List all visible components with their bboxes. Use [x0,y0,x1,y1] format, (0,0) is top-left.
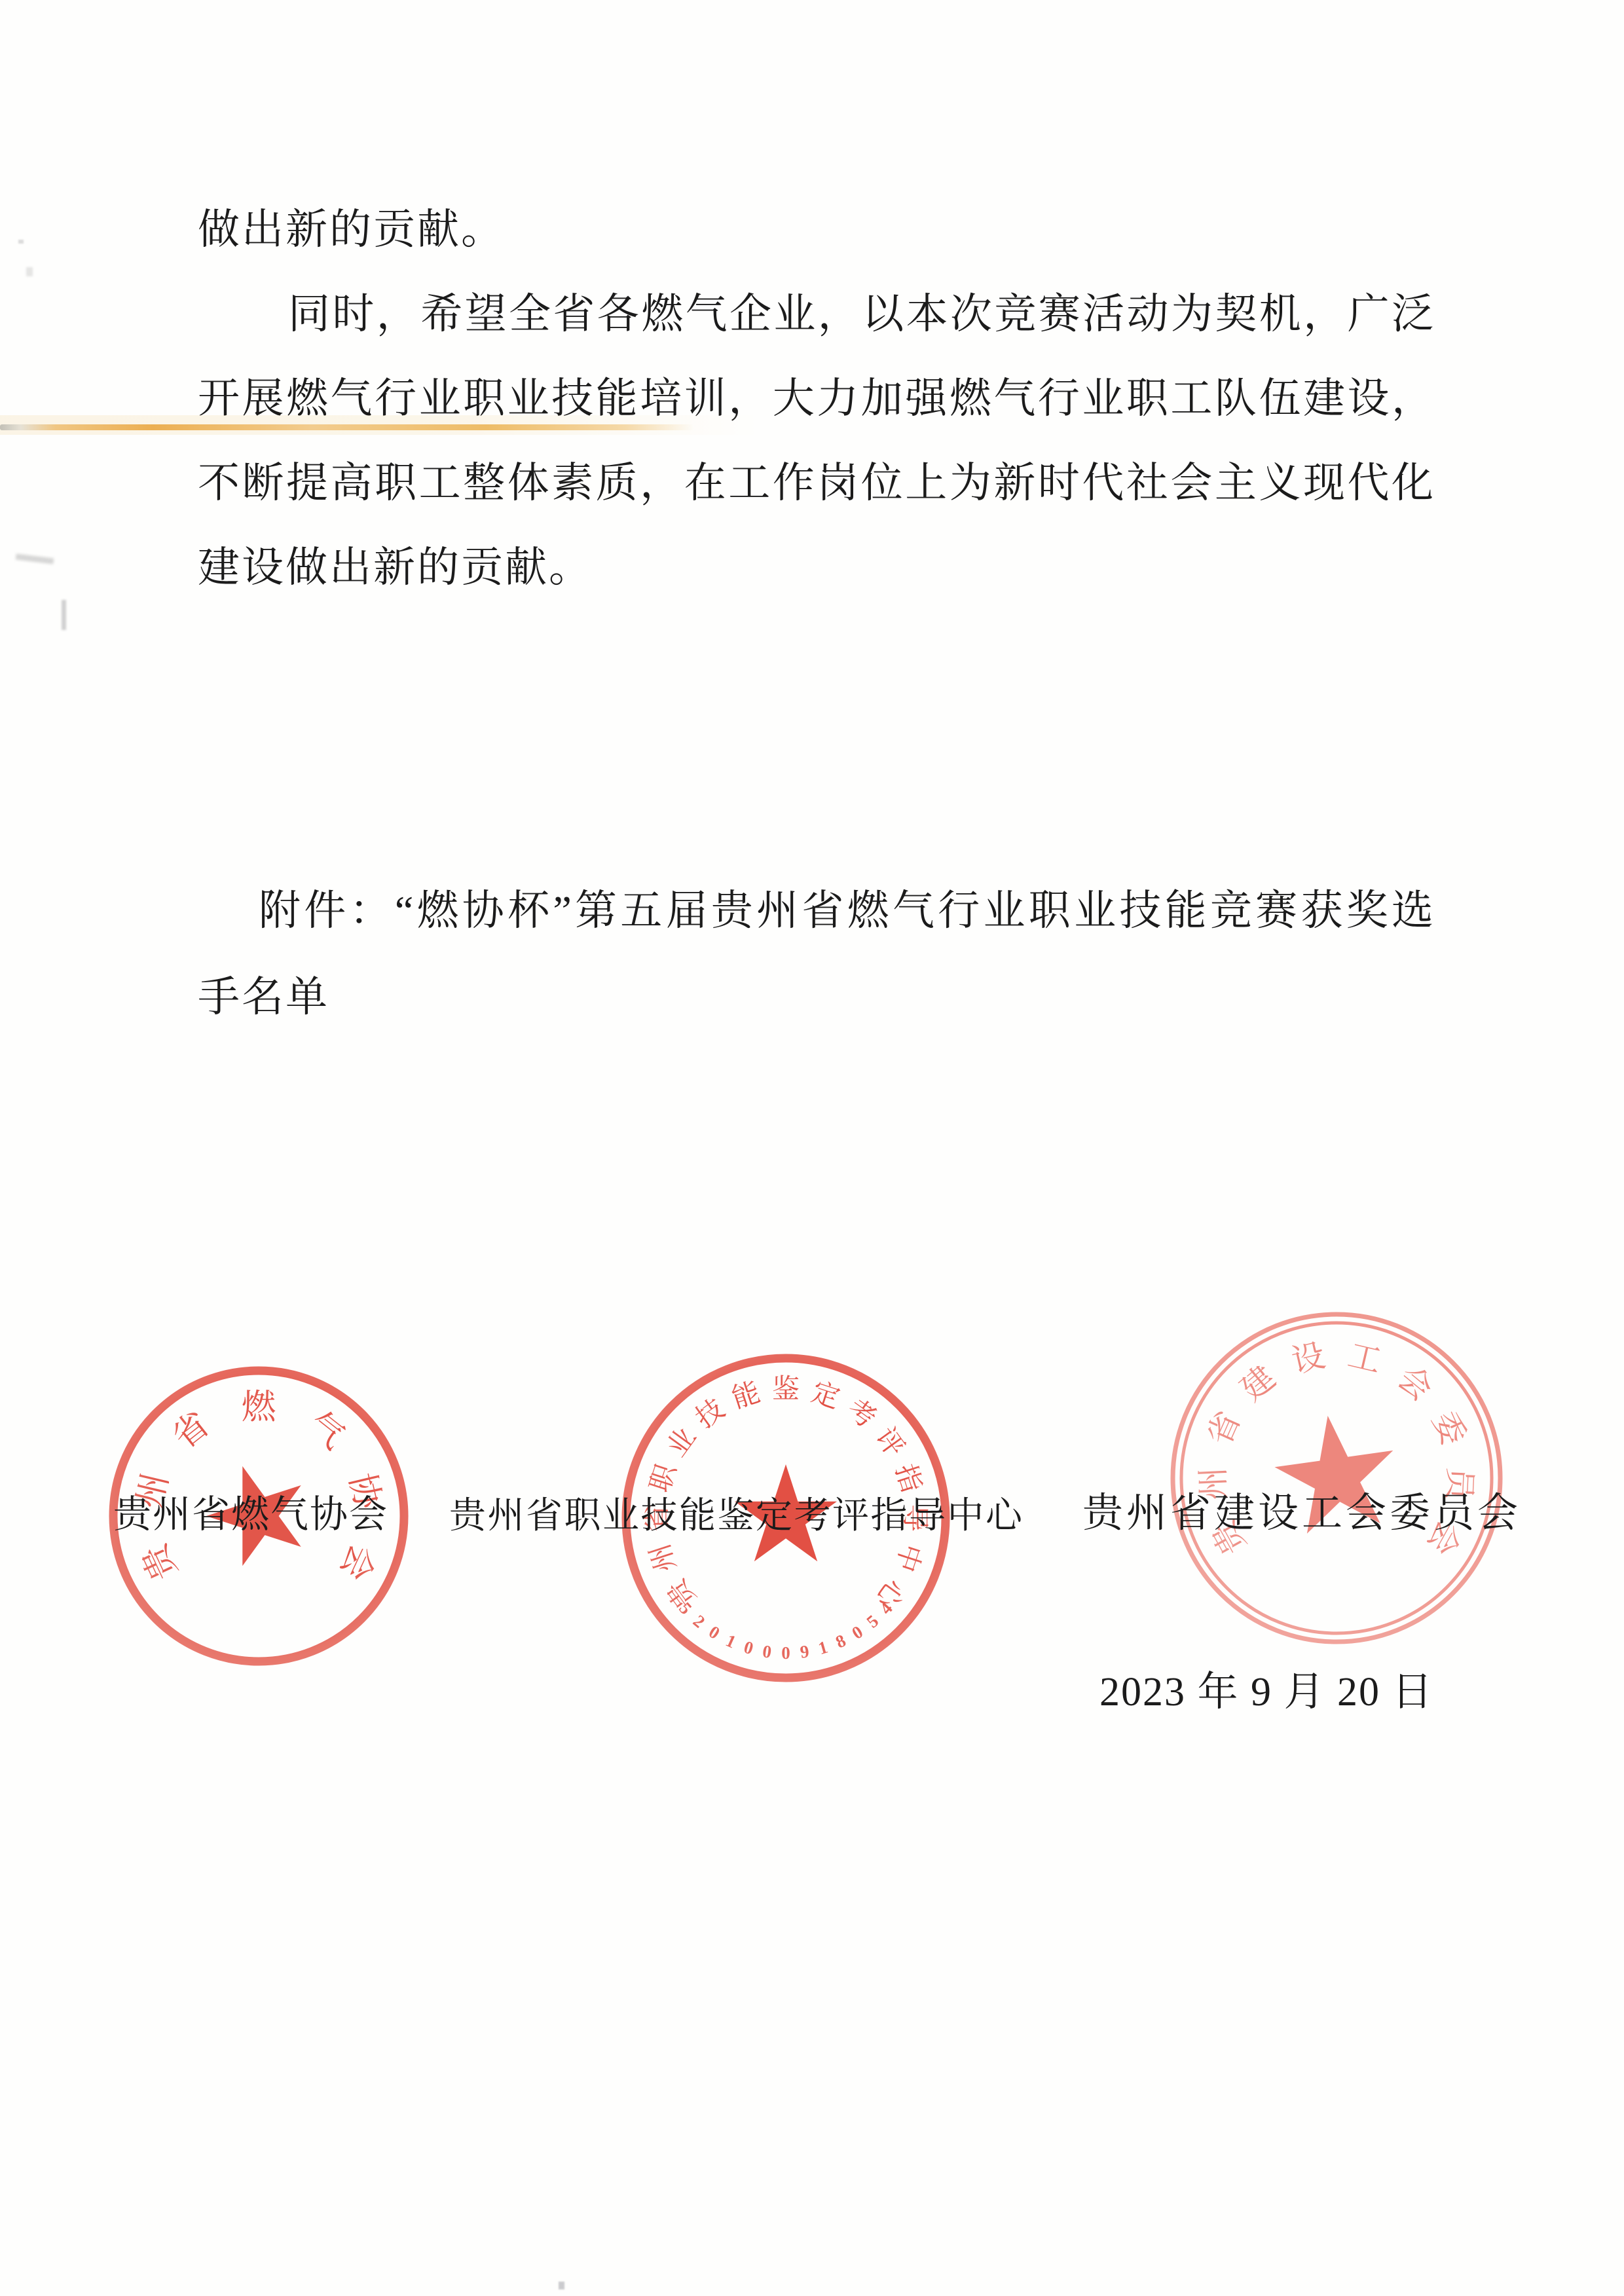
attachment-line-2: 手名单 [198,976,1435,1019]
seal-serial-digit: 1 [723,1631,739,1652]
seal-arc-char: 工 [1344,1337,1384,1380]
signature-construction-union-committee: 贵州省建设工会委员会 [1082,1493,1521,1534]
scanned-document-page: 做出新的贡献。 同时，希望全省各燃气企业，以本次竞赛活动为契机，广泛 开展燃气行… [0,0,1624,2296]
signature-gas-association: 贵州省燃气协会 [113,1494,388,1535]
seal-arc-char: 会 [333,1538,382,1586]
body-line-1: 做出新的贡献。 [198,208,1435,251]
seal-serial-digit: 2 [690,1611,709,1632]
seal-arc-char: 能 [728,1377,764,1415]
seal-arc-char: 省 [1200,1406,1247,1451]
seal-arc-char: 州 [645,1540,682,1576]
seal-arc-char: 省 [166,1405,217,1456]
seal-serial-digit: 0 [848,1621,866,1643]
body-line-2: 同时，希望全省各燃气企业，以本次竞赛活动为契机，广泛 [288,293,1435,336]
seal-arc-char: 燃 [242,1388,277,1426]
scan-highlight-line [0,424,694,430]
seal-arc-char: 委 [1426,1406,1472,1451]
seal-serial-digit: 9 [799,1641,811,1662]
attachment-line-1: 附件：“燃协杯”第五届贵州省燃气行业职业技能竞赛获奖选 [259,889,1435,933]
signature-skill-appraisal-center: 贵州省职业技能鉴定考评指导中心 [449,1496,1024,1536]
scan-smudge [18,240,24,244]
seal-arc-char: 中 [889,1540,927,1576]
seal-arc-char: 考 [841,1394,881,1434]
seal-arc-char: 设 [1288,1337,1328,1380]
seal-arc-char: 会 [1391,1359,1439,1408]
scan-smudge [16,553,54,564]
body-line-3: 开展燃气行业职业技能培训，大力加强燃气行业职工队伍建设， [198,377,1435,420]
seal-arc-char: 定 [807,1377,843,1415]
body-line-4: 不断提高职工整体素质，在工作岗位上为新时代社会主义现代化 [198,462,1435,505]
seal-arc-char: 贵 [135,1536,185,1585]
seal-arc-char: 鉴 [772,1375,800,1405]
seal-serial-digit: 8 [833,1631,849,1652]
seal-arc-char: 气 [301,1405,352,1456]
document-date: 2023 年 9 月 20 日 [1099,1671,1434,1714]
seal-arc-char: 技 [690,1394,730,1434]
seal-arc-char: 建 [1234,1359,1282,1408]
scan-smudge [62,600,66,630]
seal-construction-union-committee: 贵州省建设工会委员会 [1160,1301,1513,1655]
body-line-5: 建设做出新的贡献。 [198,546,1435,589]
seal-serial-digit: 0 [742,1637,756,1659]
scan-smudge [26,267,33,276]
seal-arc-char: 职 [645,1460,682,1496]
seal-serial-digit: 5 [863,1611,883,1632]
seal-serial-digit: 0 [762,1641,773,1662]
seal-arc-char: 评 [870,1422,910,1462]
seal-arc-char: 业 [661,1422,702,1462]
seal-serial-digit: 0 [705,1621,723,1643]
seal-serial-digit: 0 [781,1643,790,1663]
scan-smudge [559,2282,564,2289]
seal-serial-digit: 1 [816,1637,830,1659]
seal-arc-char: 指 [889,1460,927,1496]
